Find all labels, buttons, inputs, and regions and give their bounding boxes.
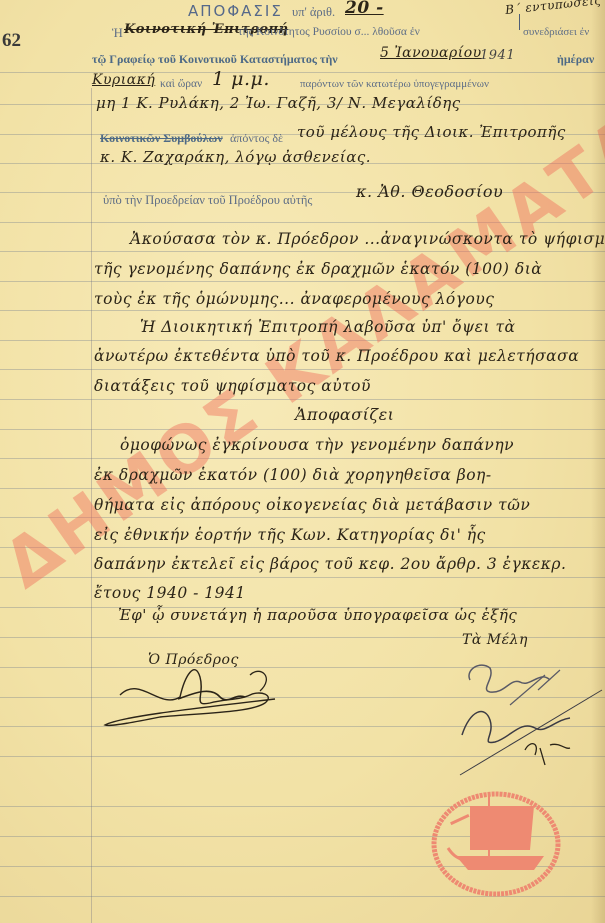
handwritten-day: Κυριακή <box>92 72 155 88</box>
decision-line: ἐκ δραχμῶν ἑκατόν (100) διὰ χορηγηθεῖσα … <box>94 466 492 484</box>
handwritten-president-name: κ. Ἀθ. Θεοδοσίου <box>356 182 503 201</box>
body-line: Ἡ Διοικητική Ἐπιτροπή λαβοῦσα ὑπ' ὄψει τ… <box>140 318 516 336</box>
document-title: ΑΠΟΦΑΣΙΣ <box>188 2 283 20</box>
handwritten-absent-reason: κ. Κ. Ζαχαράκη, λόγῳ ἀσθενείας. <box>100 148 371 166</box>
bracket-mark <box>519 14 520 30</box>
decision-line: ἔτους 1940 - 1941 <box>94 584 246 602</box>
president-signature <box>100 655 300 735</box>
body-line: ἀνωτέρω ἐκτεθέντα ὑπὸ τοῦ κ. Προέδρου κα… <box>94 347 579 365</box>
ruled-line <box>0 72 605 73</box>
decision-heading: Ἀποφασίζει <box>295 405 394 424</box>
handwritten-members-present: μη 1 Κ. Ρυλάκη, 2 Ἰω. Γαζῆ, 3/ Ν. Μεγαλί… <box>96 94 461 112</box>
handwritten-time: 1 μ.μ. <box>212 68 270 90</box>
handwritten-date: 5 Ἰανουαρίου <box>380 45 482 61</box>
printed-line-2: τῷ Γραφείῳ τοῦ Κοινοτικοῦ Καταστήματος τ… <box>92 52 338 67</box>
decision-number: 20 - <box>345 0 384 18</box>
member-signatures <box>450 650 605 780</box>
decision-line: ὁμοφώνως ἐγκρίνουσα τὴν γενομένην δαπάνη… <box>120 436 514 454</box>
year: 1941 <box>480 48 515 63</box>
body-line: διατάξεις τοῦ ψηφίσματος αὐτοῦ <box>94 377 371 395</box>
printed-line-1-end: συνεδριάσει ἐν <box>523 26 589 38</box>
number-label: υπ' ἀριθ. <box>292 5 335 20</box>
printed-line-5-mid: ἀπόντος δὲ <box>230 131 283 146</box>
printed-line-1: τῆς Κοινότητος Ρυσσίου σ... λθοῦσα ἐν <box>238 26 420 38</box>
printed-presidency: ὑπὸ τὴν Προεδρείαν τοῦ Προέδρου αὐτῆς <box>103 193 312 208</box>
body-line: τοὺς ἐκ τῆς ὁμώνυμης... ἀναφερομένους λό… <box>94 290 494 308</box>
body-line: Ἀκούσασα τὸν κ. Πρόεδρον ...ἀναγινώσκοντ… <box>130 230 605 248</box>
printed-line-3: παρόντων τῶν κατωτέρω ὑπογεγραμμένων <box>300 78 489 90</box>
members-label: Τὰ Μέλη <box>462 632 528 648</box>
printed-line-1-prefix: Ἡ <box>112 26 123 41</box>
margin-line <box>91 88 92 923</box>
printed-line-5: Κοινοτικῶν Συμβούλων <box>100 131 223 146</box>
decision-line: δαπάνην ἐκτελεῖ εἰς βάρος τοῦ κεφ. 2ου ἄ… <box>94 555 566 573</box>
decision-line: θήματα εἰς ἀπόρους οἰκογενείας διὰ μετάβ… <box>94 496 530 514</box>
body-line: τῆς γενομένης δαπάνης ἐκ δραχμῶν ἑκατόν … <box>94 260 542 278</box>
printed-line-3-mid: καὶ ὥραν <box>160 78 202 90</box>
document-page: ΔΗΜΟΣ ΚΑΛΑΜΑΤΑΣ 62 ΑΠΟΦΑΣΙΣ υπ' ἀριθ. 20… <box>0 0 605 923</box>
closing-line: Ἐφ' ᾧ συνετάγη ἡ παροῦσα ὑπογραφεῖσα ὡς … <box>118 606 517 624</box>
handwritten-absent-member: τοῦ μέλους τῆς Διοικ. Ἐπιτροπῆς <box>297 123 566 141</box>
ship-seal-icon <box>430 790 562 898</box>
printed-line-2-end: ἡμέραν <box>557 52 594 67</box>
page-number: 62 <box>2 30 21 52</box>
decision-line: εἰς ἐθνικήν ἑορτήν τῆς Κων. Κατηγορίας δ… <box>94 526 486 544</box>
